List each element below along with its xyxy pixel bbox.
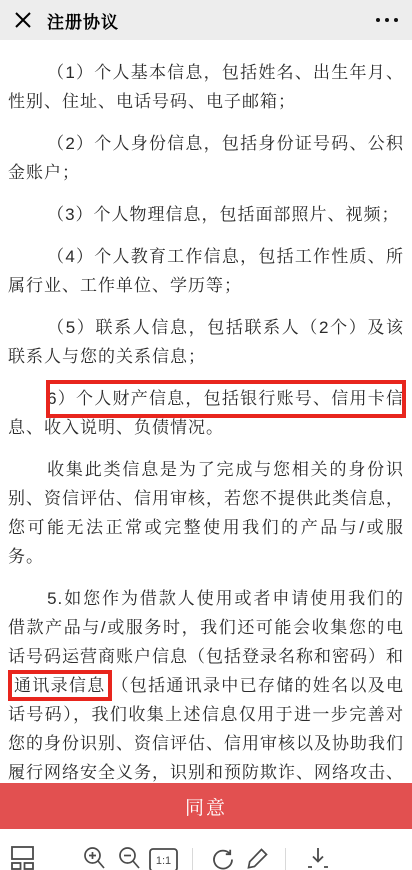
agreement-content: （1）个人基本信息，包括姓名、出生年月、性别、住址、电话号码、电子邮箱； （2）… <box>0 40 412 830</box>
agree-button[interactable]: 同意 <box>0 783 412 829</box>
bottom-toolbar: 1:1 <box>0 829 412 870</box>
more-options-icon[interactable] <box>374 12 400 28</box>
agreement-paragraph: 收集此类信息是为了完成与您相关的身份识别、资信评估、信用审核，若您不提供此类信息… <box>8 455 404 571</box>
actual-size-icon[interactable]: 1:1 <box>149 848 178 870</box>
zoom-in-icon[interactable] <box>83 846 106 870</box>
agreement-paragraph: （5）联系人信息，包括联系人（2个）及该联系人与您的关系信息； <box>8 313 404 371</box>
agreement-paragraph: （3）个人物理信息，包括面部照片、视频； <box>8 200 404 229</box>
download-icon[interactable] <box>306 846 330 870</box>
rotate-icon[interactable] <box>211 846 235 870</box>
agreement-paragraph: （2）个人身份信息，包括身份证号码、公积金账户； <box>8 129 404 187</box>
toolbar-divider <box>285 848 286 870</box>
layout-view-icon[interactable] <box>11 846 34 870</box>
toolbar-divider <box>192 848 193 870</box>
agreement-paragraph: （1）个人基本信息，包括姓名、出生年月、性别、住址、电话号码、电子邮箱； <box>8 58 404 116</box>
navbar: 注册协议 <box>0 0 412 40</box>
svg-text:1:1: 1:1 <box>156 855 171 867</box>
agreement-paragraph: （4）个人教育工作信息，包括工作性质、所属行业、工作单位、学历等； <box>8 242 404 300</box>
page-title: 注册协议 <box>47 8 119 33</box>
zoom-out-icon[interactable] <box>118 846 141 870</box>
edit-pencil-icon[interactable] <box>246 846 270 870</box>
agreement-paragraph-financial: 6）个人财产信息，包括银行账号、信用卡信息、收入说明、负债情况。 <box>8 384 404 442</box>
close-icon[interactable] <box>12 9 34 31</box>
highlight-box-contacts-info: 通讯录信息 <box>8 670 112 701</box>
paragraph-text: 5.如您作为借款人使用或者申请使用我们的借款产品与/或服务时，我们还可能会收集您… <box>8 589 404 666</box>
registration-agreement-screen: 注册协议 （1）个人基本信息，包括姓名、出生年月、性别、住址、电话号码、电子邮箱… <box>0 0 412 870</box>
